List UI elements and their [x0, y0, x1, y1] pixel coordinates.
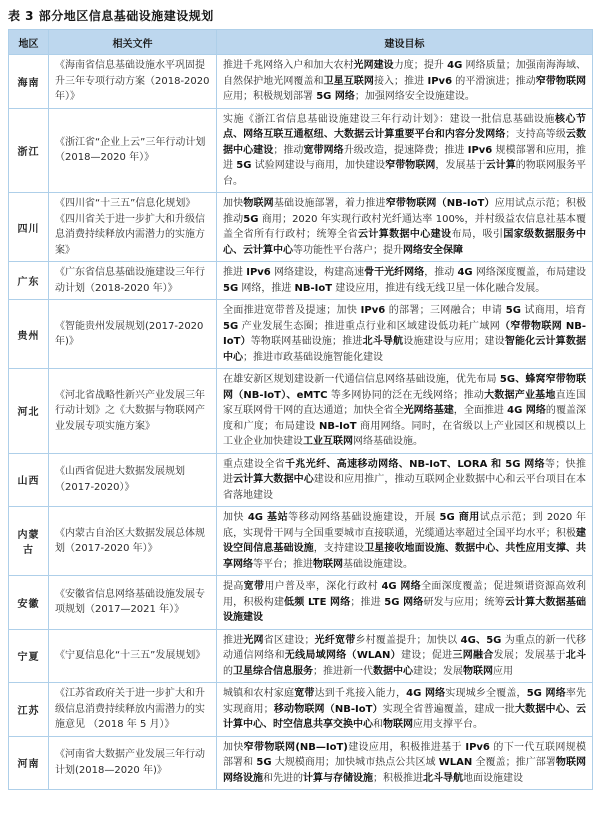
table-row: 河北《河北省战略性新兴产业发展三年行动计划》之《大数据与物联网产业发展专项实施方…: [9, 369, 593, 454]
goals-cell: 加快窄带物联网(NB—IoT)建设应用，积极推进基于 IPv6 的下一代互联网规…: [217, 736, 593, 790]
region-cell: 宁夏: [9, 629, 49, 683]
documents-cell: 《海南省信息基础设施水平巩固提升三年专项行动方案（2018-2020 年）》: [49, 55, 217, 109]
table-row: 海南《海南省信息基础设施水平巩固提升三年专项行动方案（2018-2020 年）》…: [9, 55, 593, 109]
goals-cell: 实施《浙江省信息基础设施建设三年行动计划》：建设一批信息基础设施核心节点、网络互…: [217, 108, 593, 193]
region-plans-table: 地区 相关文件 建设目标 海南《海南省信息基础设施水平巩固提升三年专项行动方案（…: [8, 29, 593, 790]
goals-cell: 加快物联网基础设施部署，着力推进窄带物联网（NB-IoT）应用试点示范；积极推动…: [217, 193, 593, 262]
goals-cell: 推进 IPv6 网络建设，构建高速骨干光纤网络，推动 4G 网络深度覆盖，布局建…: [217, 262, 593, 300]
table-row: 广东《广东省信息基础设施建设三年行动计划（2018-2020 年）》推进 IPv…: [9, 262, 593, 300]
table-title: 表 3 部分地区信息基础设施建设规划: [8, 5, 592, 29]
table-row: 宁夏《宁夏信息化“十三五”发展规划》推进光网省区建设；光纤宽带乡村覆盖提升；加快…: [9, 629, 593, 683]
documents-cell: 《江苏省政府关于进一步扩大和升级信息消费持续释放内需潜力的实施意见 （2018 …: [49, 683, 217, 737]
region-cell: 山西: [9, 453, 49, 507]
table-row: 安徽《安徽省信息网络基础设施发展专项规划（2017—2021 年）》提高宽带用户…: [9, 576, 593, 630]
header-region: 地区: [9, 30, 49, 55]
goals-cell: 推进光网省区建设；光纤宽带乡村覆盖提升；加快以 4G、5G 为重点的新一代移动通…: [217, 629, 593, 683]
documents-cell: 《四川省“十三五”信息化规划》《四川省关于进一步扩大和升级信息消费持续释放内需潜…: [49, 193, 217, 262]
goals-cell: 全面推进宽带普及提速；加快 IPv6 的部署；三网融合；申请 5G 试商用，培育…: [217, 300, 593, 369]
header-row: 地区 相关文件 建设目标: [9, 30, 593, 55]
region-cell: 贵州: [9, 300, 49, 369]
table-row: 贵州《智能贵州发展规划(2017-2020年)》全面推进宽带普及提速；加快 IP…: [9, 300, 593, 369]
table-row: 浙江《浙江省“企业上云”三年行动计划（2018—2020 年）》实施《浙江省信息…: [9, 108, 593, 193]
goals-cell: 提高宽带用户普及率，深化行政村 4G 网络全面深度覆盖；促进频谱资源高效利用，积…: [217, 576, 593, 630]
documents-cell: 《广东省信息基础设施建设三年行动计划（2018-2020 年）》: [49, 262, 217, 300]
table-row: 山西《山西省促进大数据发展规划（2017-2020）》重点建设全省千兆光纤、高速…: [9, 453, 593, 507]
region-cell: 广东: [9, 262, 49, 300]
documents-cell: 《安徽省信息网络基础设施发展专项规划（2017—2021 年）》: [49, 576, 217, 630]
documents-cell: 《山西省促进大数据发展规划（2017-2020）》: [49, 453, 217, 507]
documents-cell: 《宁夏信息化“十三五”发展规划》: [49, 629, 217, 683]
goals-cell: 重点建设全省千兆光纤、高速移动网络、NB-IoT、LORA 和 5G 网络等；快…: [217, 453, 593, 507]
goals-cell: 在雄安新区规划建设新一代通信信息网络基础设施，优先布局 5G、蜂窝窄带物联网（N…: [217, 369, 593, 454]
header-goals: 建设目标: [217, 30, 593, 55]
table-header: 地区 相关文件 建设目标: [9, 30, 593, 55]
documents-cell: 《河南省大数据产业发展三年行动计划(2018—2020 年)》: [49, 736, 217, 790]
region-cell: 海南: [9, 55, 49, 109]
table-row: 四川《四川省“十三五”信息化规划》《四川省关于进一步扩大和升级信息消费持续释放内…: [9, 193, 593, 262]
documents-cell: 《智能贵州发展规划(2017-2020年)》: [49, 300, 217, 369]
goals-cell: 城镇和农村家庭宽带达到千兆接入能力，4G 网络实现城乡全覆盖，5G 网络率先实现…: [217, 683, 593, 737]
table-row: 内蒙古《内蒙古自治区大数据发展总体规划（2017-2020 年）》加快 4G 基…: [9, 507, 593, 576]
goals-cell: 加快 4G 基站等移动网络基础设施建设，开展 5G 商用试点示范；到 2020 …: [217, 507, 593, 576]
documents-cell: 《内蒙古自治区大数据发展总体规划（2017-2020 年）》: [49, 507, 217, 576]
table-row: 江苏《江苏省政府关于进一步扩大和升级信息消费持续释放内需潜力的实施意见 （201…: [9, 683, 593, 737]
documents-cell: 《浙江省“企业上云”三年行动计划（2018—2020 年）》: [49, 108, 217, 193]
goals-cell: 推进千兆网络入户和加大农村光网建设力度；提升 4G 网络质量；加强南海海域、自然…: [217, 55, 593, 109]
region-cell: 河南: [9, 736, 49, 790]
region-cell: 内蒙古: [9, 507, 49, 576]
region-cell: 安徽: [9, 576, 49, 630]
region-cell: 河北: [9, 369, 49, 454]
header-documents: 相关文件: [49, 30, 217, 55]
region-cell: 江苏: [9, 683, 49, 737]
region-cell: 浙江: [9, 108, 49, 193]
table-row: 河南《河南省大数据产业发展三年行动计划(2018—2020 年)》加快窄带物联网…: [9, 736, 593, 790]
documents-cell: 《河北省战略性新兴产业发展三年行动计划》之《大数据与物联网产业发展专项实施方案》: [49, 369, 217, 454]
table-body: 海南《海南省信息基础设施水平巩固提升三年专项行动方案（2018-2020 年）》…: [9, 55, 593, 790]
document-page: 表 3 部分地区信息基础设施建设规划 地区 相关文件 建设目标 海南《海南省信息…: [0, 0, 600, 790]
region-cell: 四川: [9, 193, 49, 262]
